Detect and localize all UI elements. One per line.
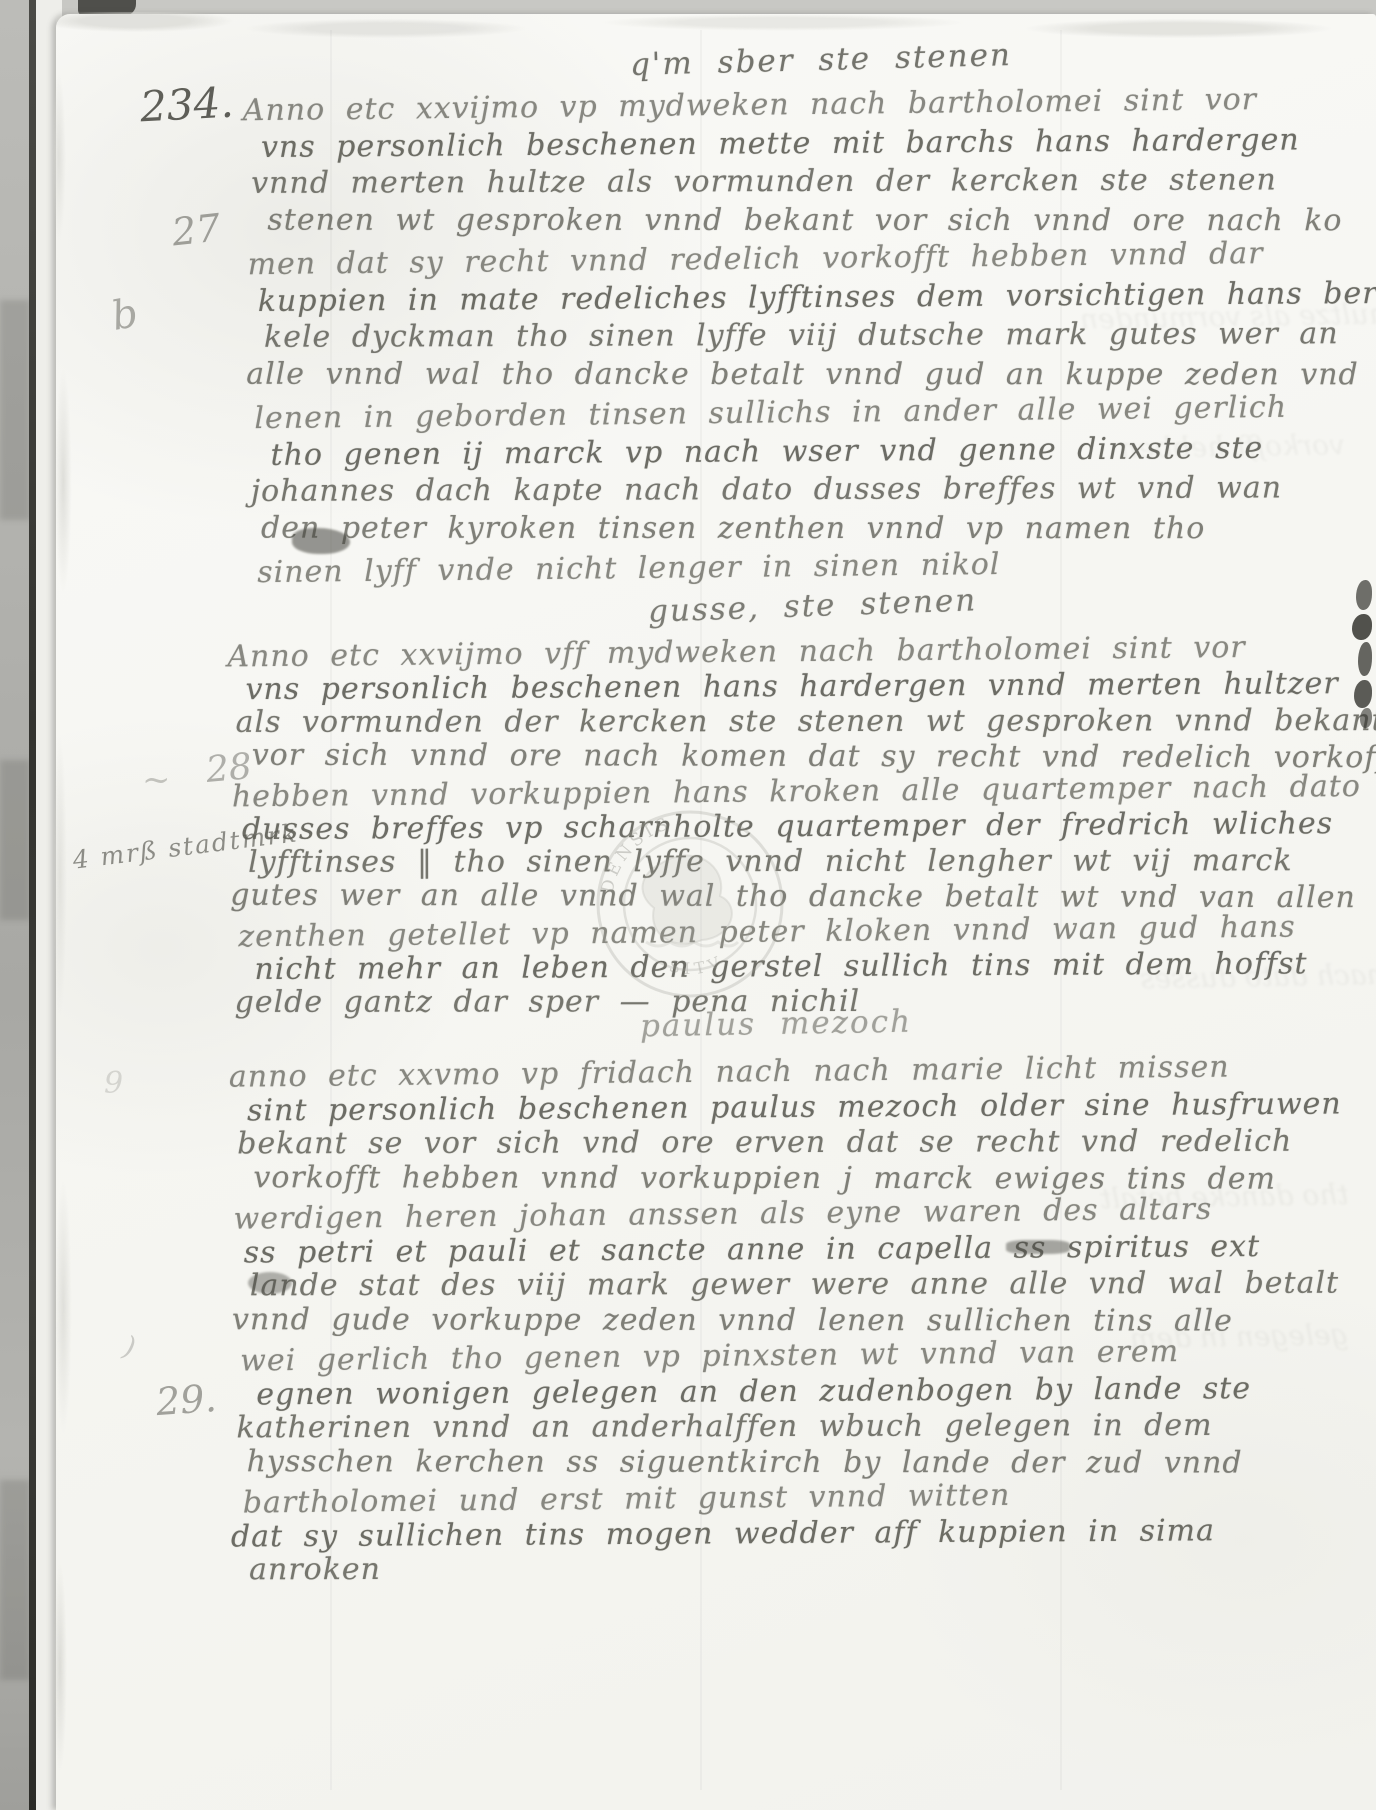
manuscript-line: lyfftinses ‖ tho sinen lyffe vnnd nicht …: [248, 843, 1376, 880]
bleedthrough-text: hultze als vormunden: [1080, 297, 1376, 335]
scanner-background-strip: [0, 0, 30, 1810]
manuscript-line: dat sy sullichen tins mogen wedder aff k…: [231, 1512, 1344, 1554]
archive-stamp-icon: DENSIS SITV: [576, 790, 804, 1018]
ink-spot: [1358, 642, 1372, 676]
manuscript-line: als vormunden der kercken ste stenen wt …: [236, 703, 1376, 740]
margin-entry-number-27: 27: [170, 206, 223, 255]
margin-entry-number-29: 29.: [155, 1376, 218, 1424]
margin-faint-mark-9: 9: [104, 1066, 123, 1101]
bleedthrough-text: vorkofft hebben: [1120, 428, 1345, 465]
manuscript-line: vns personlich beschenen hans hardergen …: [245, 666, 1376, 707]
right-edge-ink-blotch: [1348, 580, 1376, 730]
manuscript-line: katherinen vnnd an anderhalffen wbuch ge…: [236, 1408, 1343, 1446]
ink-spot: [1354, 680, 1372, 708]
manuscript-line: lande stat des viij mark gewer were anne…: [250, 1266, 1343, 1304]
manuscript-line: dusses breffes vp scharnholte quartemper…: [242, 806, 1376, 847]
manuscript-line: egnen wonigen gelegen an den zudenbogen …: [256, 1370, 1343, 1412]
folio-number: 234.: [139, 78, 235, 132]
page-edge-shadow: [29, 0, 36, 1810]
ink-strikeout-mark: [1006, 1240, 1070, 1254]
svg-text:SITV: SITV: [668, 951, 728, 978]
torn-left-edge: [50, 14, 72, 1810]
bleedthrough-text: tho dancke betalt: [1100, 1178, 1349, 1215]
ink-strikeout-mark: [292, 528, 350, 554]
strip-smudge: [0, 1480, 30, 1680]
stamp-base-waves: [646, 942, 738, 946]
ink-spot: [1352, 614, 1372, 640]
bleedthrough-text: nach dato dusses: [1140, 958, 1376, 995]
ink-spot: [1360, 708, 1372, 728]
torn-top-edge: [56, 12, 1376, 42]
stamp-ring-text-lower: SITV: [668, 951, 728, 978]
section-3-heading: paulus mezoch: [640, 1004, 913, 1045]
manuscript-line: vnnd merten hultze als vormunden der ker…: [251, 161, 1376, 203]
scanned-manuscript-page: { "document": { "kind": "early-modern ma…: [0, 0, 1376, 1810]
manuscript-line: alle vnnd wal tho dancke betalt vnnd gud…: [246, 355, 1376, 394]
manuscript-line: ss petri et pauli et sancte anne in cape…: [244, 1228, 1343, 1270]
manuscript-line: anroken: [249, 1550, 1344, 1588]
margin-tilde-mark: ~: [142, 760, 171, 800]
manuscript-line: bekant se vor sich vnd ore erven dat se …: [237, 1124, 1342, 1162]
ink-strikeout-mark: [248, 1272, 292, 1294]
manuscript-line: stenen wt gesproken vnnd bekant vor sich…: [267, 201, 1376, 240]
manuscript-line: den peter kyroken tinsen zenthen vnnd vp…: [261, 509, 1376, 548]
manuscript-line: sint personlich beschenen paulus mezoch …: [247, 1086, 1342, 1128]
bleedthrough-text: gelegen in dem: [1130, 1318, 1349, 1355]
section-1-text-block: Anno etc xxvijmo vp mydweken nach bartho…: [243, 83, 1376, 589]
ink-spot: [1356, 580, 1372, 610]
stamp-heraldic-figure: [643, 855, 732, 943]
strip-smudge: [0, 760, 30, 920]
strip-smudge: [0, 300, 30, 520]
manuscript-line: johannes dach kapte nach dato dusses bre…: [251, 469, 1376, 511]
manuscript-line: vns personlich beschenen mette mit barch…: [261, 120, 1376, 166]
